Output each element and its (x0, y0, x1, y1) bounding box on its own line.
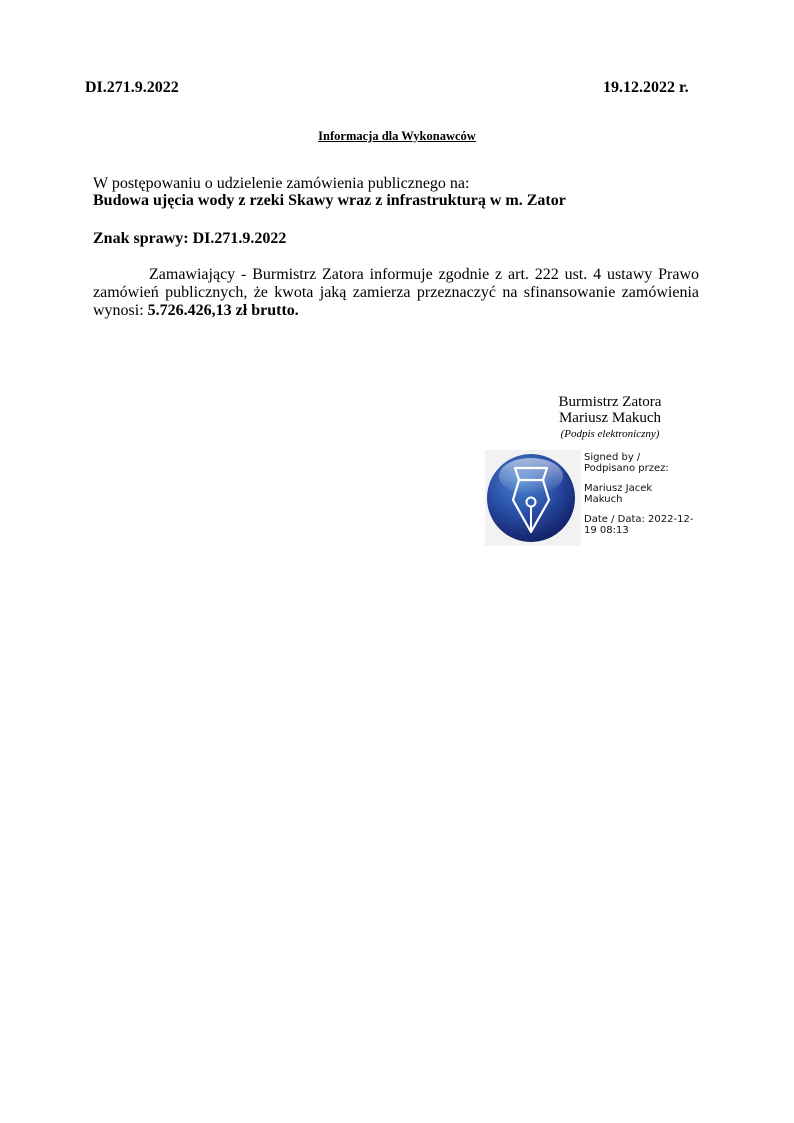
fountain-pen-nib-icon (485, 450, 581, 546)
signed-by-label: Signed by / Podpisano przez: (584, 452, 684, 474)
amount: 5.726.426,13 zł brutto. (148, 302, 299, 319)
signatory-role: Burmistrz Zatora (490, 394, 730, 411)
intro-line: W postępowaniu o udzielenie zamówienia p… (93, 175, 469, 193)
case-number: Znak sprawy: DI.271.9.2022 (93, 230, 286, 248)
document-title-text: Informacja dla Wykonawców (318, 129, 476, 143)
document-date: 19.12.2022 r. (603, 79, 689, 97)
document-title: Informacja dla Wykonawców (0, 129, 794, 144)
signature-note: (Podpis elektroniczny) (490, 428, 730, 440)
signature-date: Date / Data: 2022-12-19 08:13 (584, 514, 694, 536)
document-reference: DI.271.9.2022 (85, 79, 179, 97)
procurement-subject: Budowa ujęcia wody z rzeki Skawy wraz z … (93, 192, 566, 210)
body-paragraph: Zamawiający - Burmistrz Zatora informuje… (93, 266, 699, 320)
signer-name: Mariusz Jacek Makuch (584, 483, 674, 505)
signatory-name: Mariusz Makuch (490, 410, 730, 427)
